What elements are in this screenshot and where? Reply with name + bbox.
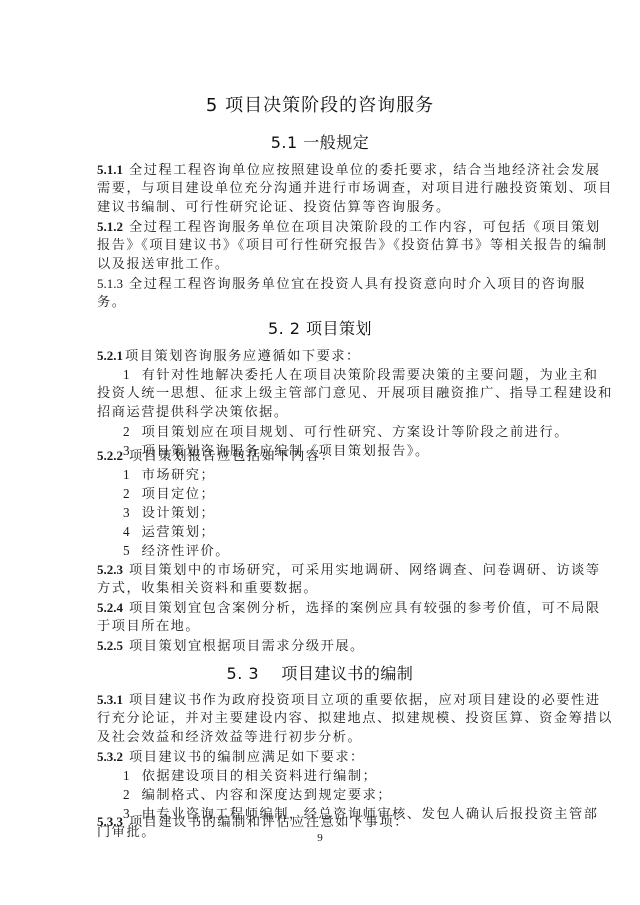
clause-text: 项目策划咨询服务应遵循如下要求： <box>125 349 361 364</box>
clause-5-2-1-item-1-line-2: 投资人统一思想、征求上级主管部门意见、开展项目融资推广、指导工程建设和 <box>97 384 543 403</box>
clause-5-2-1-item-1-line-1: 1有针对性地解决委托人在项目决策阶段需要决策的主要问题，为业主和 <box>97 365 543 385</box>
clause-number: 5.3.3 <box>97 814 123 829</box>
item-number: 2 <box>123 486 130 501</box>
item-text: 有针对性地解决委托人在项目决策阶段需要决策的主要问题，为业主和 <box>142 368 599 383</box>
item-number: 1 <box>123 367 130 382</box>
clause-text: 项目建议书的编制应满足如下要求： <box>129 750 365 765</box>
item-number: 4 <box>123 524 130 539</box>
clause-5-2-3-line-1: 5.2.3项目策划中的市场研究，可采用实地调研、网络调查、问卷调研、访谈等 <box>97 560 543 580</box>
section-title-5-2: 5. 2 项目策划 <box>97 316 543 339</box>
clause-5-2-3-line-2: 方式，收集相关资料和重要数据。 <box>97 579 543 598</box>
clause-number: 5.3.1 <box>97 692 123 707</box>
item-text: 设计策划； <box>142 506 216 521</box>
clause-5-1-1-line-2: 需要，与项目建设单位充分沟通并进行市场调查，对项目进行融投资策划、项目 <box>97 179 543 198</box>
item-text: 经济性评价。 <box>142 544 230 559</box>
clause-text: 项目建议书作为政府投资项目立项的重要依据，应对项目建设的必要性进 <box>129 693 601 708</box>
clause-5-2-2-item-4: 4运营策划； <box>97 522 569 542</box>
clause-text: 项目建议书的编制和评估应注意如下事项： <box>129 815 409 830</box>
item-number: 2 <box>123 787 130 802</box>
clause-5-2-2-item-3: 3设计策划； <box>97 503 569 523</box>
item-number: 5 <box>123 543 130 558</box>
clause-5-2-2-item-5: 5经济性评价。 <box>97 541 569 561</box>
clause-text: 全过程工程咨询服务单位在项目决策阶段的工作内容，可包括《项目策划 <box>129 220 601 235</box>
clause-5-2-1-item-1-line-3: 招商运营提供科学决策依据。 <box>97 403 543 422</box>
clause-text: 全过程工程咨询服务单位宜在投资人具有投资意向时介入项目的咨询服 <box>129 277 586 292</box>
item-number: 1 <box>123 467 130 482</box>
item-text: 市场研究； <box>142 468 216 483</box>
clause-5-1-3-line-2: 务。 <box>97 293 543 312</box>
clause-5-3-3: 5.3.3项目建议书的编制和评估应注意如下事项： <box>97 812 543 832</box>
section-title-5-3: 5. 3 项目建议书的编制 <box>97 661 543 684</box>
clause-5-2-1-item-2: 2项目策划应在项目规划、可行性研究、方案设计等阶段之前进行。 <box>97 422 569 442</box>
clause-text: 全过程工程咨询单位应按照建设单位的委托要求，结合当地经济社会发展 <box>129 163 601 178</box>
item-number: 1 <box>123 768 130 783</box>
clause-5-3-2-item-1: 1依据建设项目的相关资料进行编制； <box>97 766 569 786</box>
clause-text: 项目策划中的市场研究，可采用实地调研、网络调查、问卷调研、访谈等 <box>129 563 601 578</box>
clause-number: 5.2.1 <box>97 348 123 363</box>
clause-text: 项目策划宜包含案例分析，选择的案例应具有较强的参考价值，可不局限 <box>129 601 601 616</box>
section-title-5-1: 5.1 一般规定 <box>97 130 543 153</box>
clause-5-3-1-line-1: 5.3.1项目建议书作为政府投资项目立项的重要依据，应对项目建设的必要性进 <box>97 690 543 710</box>
clause-number: 5.2.4 <box>97 600 123 615</box>
clause-5-2-2-item-2: 2项目定位； <box>97 484 569 504</box>
clause-number: 5.1.3 <box>97 276 123 291</box>
clause-5-1-2-line-2: 报告》《项目建议书》《项目可行性研究报告》《投资估算书》等相关报告的编制 <box>97 236 543 255</box>
clause-number: 5.2.3 <box>97 562 123 577</box>
clause-number: 5.1.1 <box>97 162 123 177</box>
item-number: 3 <box>123 505 130 520</box>
item-text: 运营策划； <box>142 525 216 540</box>
clause-5-1-2-line-1: 5.1.2全过程工程咨询服务单位在项目决策阶段的工作内容，可包括《项目策划 <box>97 217 543 237</box>
clause-5-2-4-line-1: 5.2.4项目策划宜包含案例分析，选择的案例应具有较强的参考价值，可不局限 <box>97 598 543 618</box>
clause-5-3-2-header: 5.3.2项目建议书的编制应满足如下要求： <box>97 747 543 767</box>
item-text: 项目策划应在项目规划、可行性研究、方案设计等阶段之前进行。 <box>142 425 569 440</box>
clause-5-1-2-line-3: 以及报送审批工作。 <box>97 255 543 274</box>
clause-5-3-1-line-2: 行充分论证，并对主要建设内容、拟建地点、拟建规模、投资匡算、资金筹措以 <box>97 709 543 728</box>
clause-5-2-4-line-2: 于项目所在地。 <box>97 617 543 636</box>
clause-5-2-5: 5.2.5项目策划宜根据项目需求分级开展。 <box>97 636 543 656</box>
clause-text: 项目策划报告应包括如下内容： <box>129 449 335 464</box>
clause-number: 5.1.2 <box>97 219 123 234</box>
item-text: 项目定位； <box>142 487 216 502</box>
clause-5-1-3-line-1: 5.1.3全过程工程咨询服务单位宜在投资人具有投资意向时介入项目的咨询服 <box>97 274 543 294</box>
clause-5-1-1-line-3: 建议书编制、可行性研究论证、投资估算等咨询服务。 <box>97 198 543 217</box>
chapter-title: 5 项目决策阶段的咨询服务 <box>97 91 543 117</box>
clause-5-3-1-line-3: 及社会效益和经济效益等进行初步分析。 <box>97 728 543 747</box>
clause-number: 5.2.5 <box>97 638 123 653</box>
clause-5-3-2-item-2: 2编制格式、内容和深度达到规定要求； <box>97 785 569 805</box>
item-text: 依据建设项目的相关资料进行编制； <box>142 769 378 784</box>
clause-number: 5.3.2 <box>97 749 123 764</box>
item-text: 编制格式、内容和深度达到规定要求； <box>142 788 393 803</box>
page-number: 9 <box>0 832 640 844</box>
clause-5-2-2-item-1: 1市场研究； <box>97 465 569 485</box>
clause-number: 5.2.2 <box>97 448 123 463</box>
clause-5-1-1-line-1: 5.1.1全过程工程咨询单位应按照建设单位的委托要求，结合当地经济社会发展 <box>97 160 543 180</box>
clause-5-2-2-header: 5.2.2项目策划报告应包括如下内容： <box>97 446 543 466</box>
item-number: 2 <box>123 424 130 439</box>
clause-5-2-1: 5.2.1项目策划咨询服务应遵循如下要求： <box>97 346 543 366</box>
clause-text: 项目策划宜根据项目需求分级开展。 <box>129 639 365 654</box>
